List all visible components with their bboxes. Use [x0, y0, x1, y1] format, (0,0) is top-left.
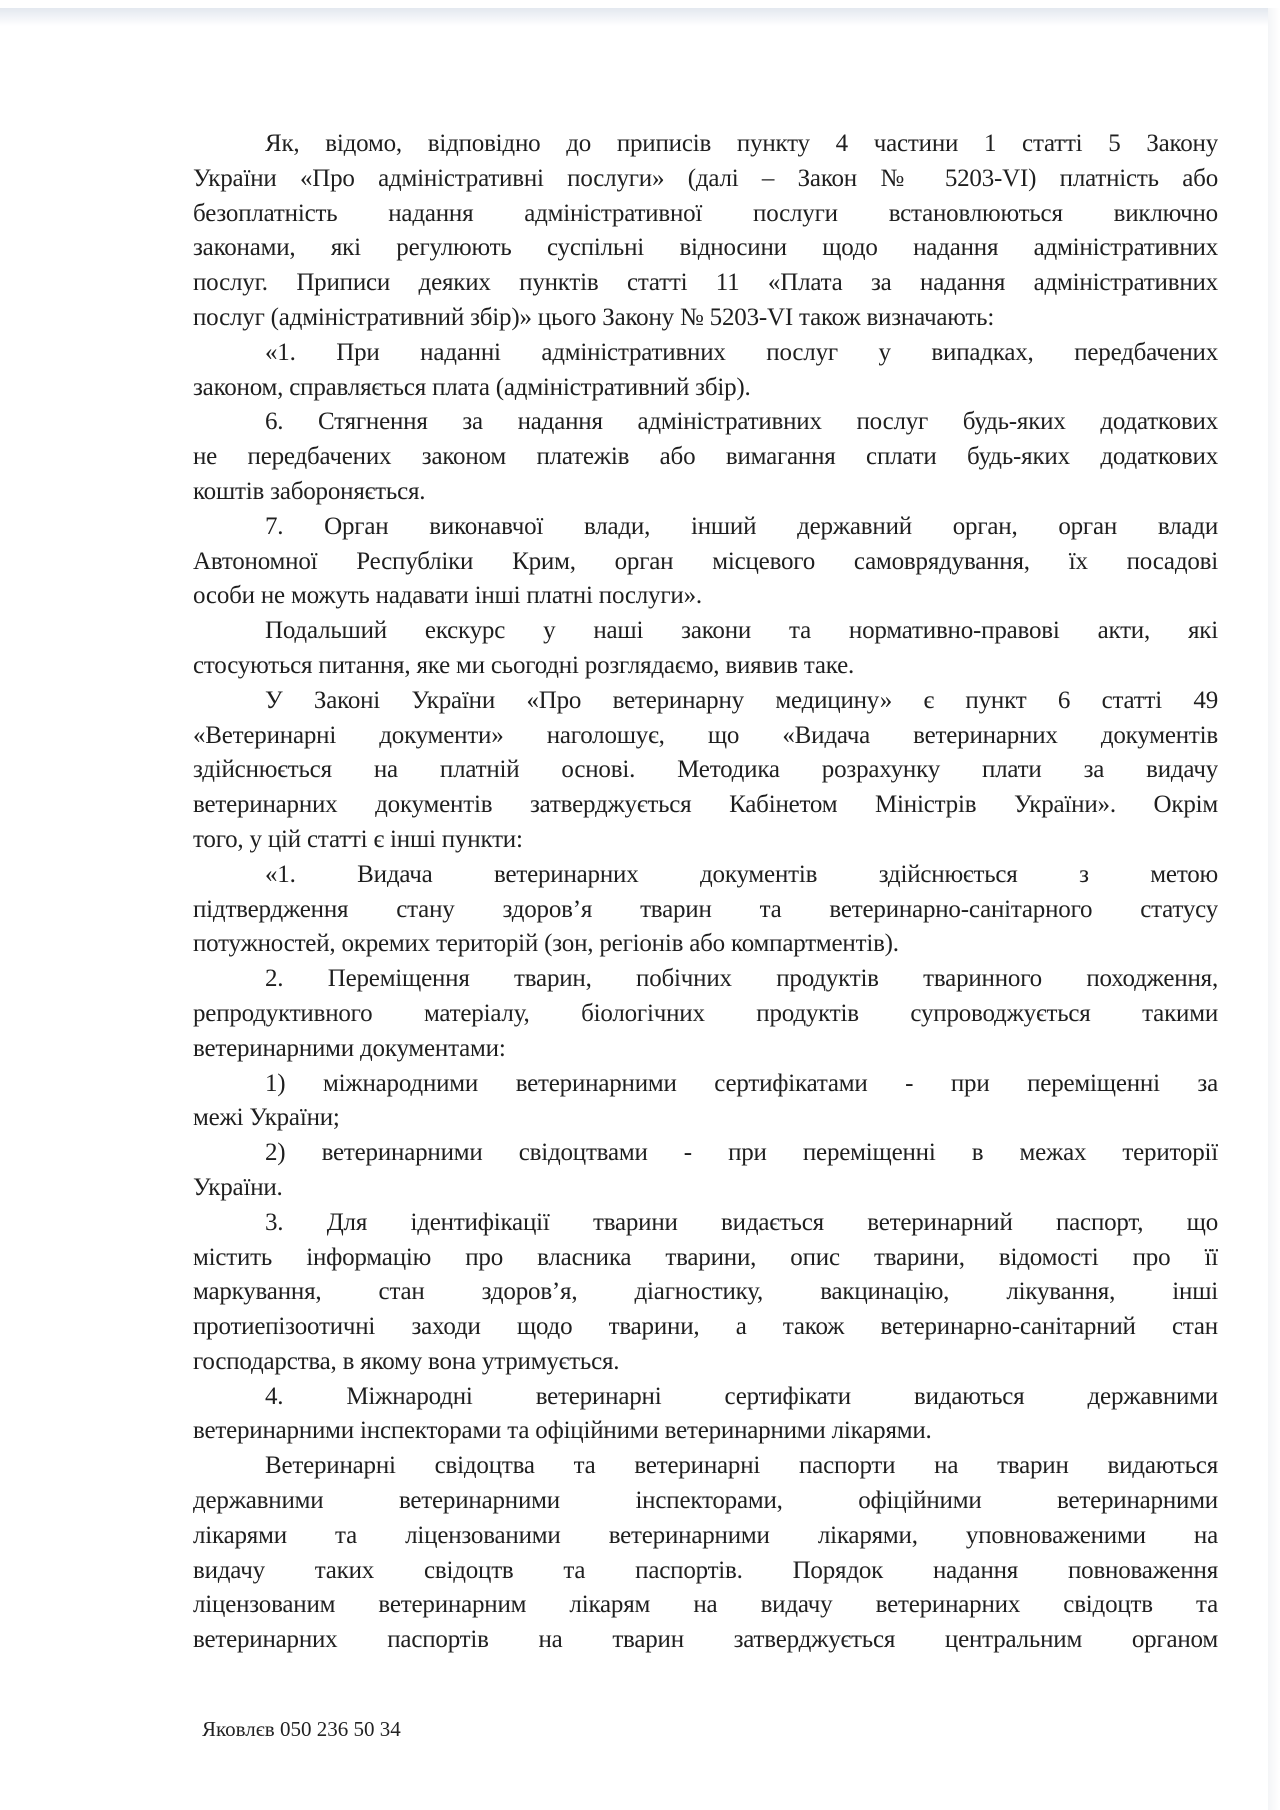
text-line: ветеринарних документів затверджується К… — [193, 788, 1218, 823]
text-line: 2. Переміщення тварин, побічних продукті… — [193, 962, 1218, 997]
text-line: У Законі України «Про ветеринарну медици… — [193, 684, 1218, 719]
text-line: ветеринарними документами: — [193, 1032, 1218, 1067]
text-line: Як, відомо, відповідно до приписів пункт… — [193, 127, 1218, 162]
text-line: 7. Орган виконавчої влади, інший державн… — [193, 510, 1218, 545]
text-line: не передбачених законом платежів або вим… — [193, 440, 1218, 475]
text-line: Подальший екскурс у наші закони та норма… — [193, 614, 1218, 649]
text-line: того, у цій статті є інші пункти: — [193, 823, 1218, 858]
scan-top-edge — [0, 8, 1270, 26]
text-line: «Ветеринарні документи» наголошує, що «В… — [193, 719, 1218, 754]
text-line: безоплатність надання адміністративної п… — [193, 197, 1218, 232]
text-line: Ветеринарні свідоцтва та ветеринарні пас… — [193, 1449, 1218, 1484]
text-line: ветеринарними інспекторами та офіційними… — [193, 1414, 1218, 1449]
text-line: коштів забороняється. — [193, 475, 1218, 510]
text-line: межі України; — [193, 1101, 1218, 1136]
footer-contact: Яковлєв 050 236 50 34 — [202, 1717, 401, 1742]
document-body: Як, відомо, відповідно до приписів пункт… — [193, 127, 1218, 1658]
text-line: послуг. Приписи деяких пунктів статті 11… — [193, 266, 1218, 301]
text-line: законами, які регулюють суспільні віднос… — [193, 231, 1218, 266]
text-line: Автономної Республіки Крим, орган місцев… — [193, 545, 1218, 580]
scanned-page: Як, відомо, відповідно до приписів пункт… — [0, 0, 1270, 1810]
text-line: «1. При наданні адміністративних послуг … — [193, 336, 1218, 371]
text-line: лікарями та ліцензованими ветеринарними … — [193, 1519, 1218, 1554]
text-line: ліцензованим ветеринарним лікарям на вид… — [193, 1588, 1218, 1623]
text-line: державними ветеринарними інспекторами, о… — [193, 1484, 1218, 1519]
text-line: потужностей, окремих територій (зон, рег… — [193, 927, 1218, 962]
text-line: підтвердження стану здоров’я тварин та в… — [193, 893, 1218, 928]
text-line: 4. Міжнародні ветеринарні сертифікати ви… — [193, 1380, 1218, 1415]
text-line: ветеринарних паспортів на тварин затверд… — [193, 1623, 1218, 1658]
text-line: законом, справляється плата (адміністрат… — [193, 371, 1218, 406]
text-line: 6. Стягнення за надання адміністративних… — [193, 405, 1218, 440]
text-line: протиепізоотичні заходи щодо тварини, а … — [193, 1310, 1218, 1345]
text-line: 2) ветеринарними свідоцтвами - при перем… — [193, 1136, 1218, 1171]
text-line: стосуються питання, яке ми сьогодні розг… — [193, 649, 1218, 684]
text-line: містить інформацію про власника тварини,… — [193, 1241, 1218, 1276]
text-line: особи не можуть надавати інші платні пос… — [193, 579, 1218, 614]
text-line: «1. Видача ветеринарних документів здійс… — [193, 858, 1218, 893]
text-line: 1) міжнародними ветеринарними сертифікат… — [193, 1067, 1218, 1102]
text-line: здійснюється на платній основі. Методика… — [193, 753, 1218, 788]
text-line: видачу таких свідоцтв та паспортів. Поря… — [193, 1554, 1218, 1589]
text-line: 3. Для ідентифікації тварини видається в… — [193, 1206, 1218, 1241]
text-line: України «Про адміністративні послуги» (д… — [193, 162, 1218, 197]
text-line: України. — [193, 1171, 1218, 1206]
text-line: господарства, в якому вона утримується. — [193, 1345, 1218, 1380]
text-line: послуг (адміністративний збір)» цього За… — [193, 301, 1218, 336]
scan-right-edge — [1268, 8, 1280, 1810]
text-line: репродуктивного матеріалу, біологічних п… — [193, 997, 1218, 1032]
text-line: маркування, стан здоров’я, діагностику, … — [193, 1275, 1218, 1310]
